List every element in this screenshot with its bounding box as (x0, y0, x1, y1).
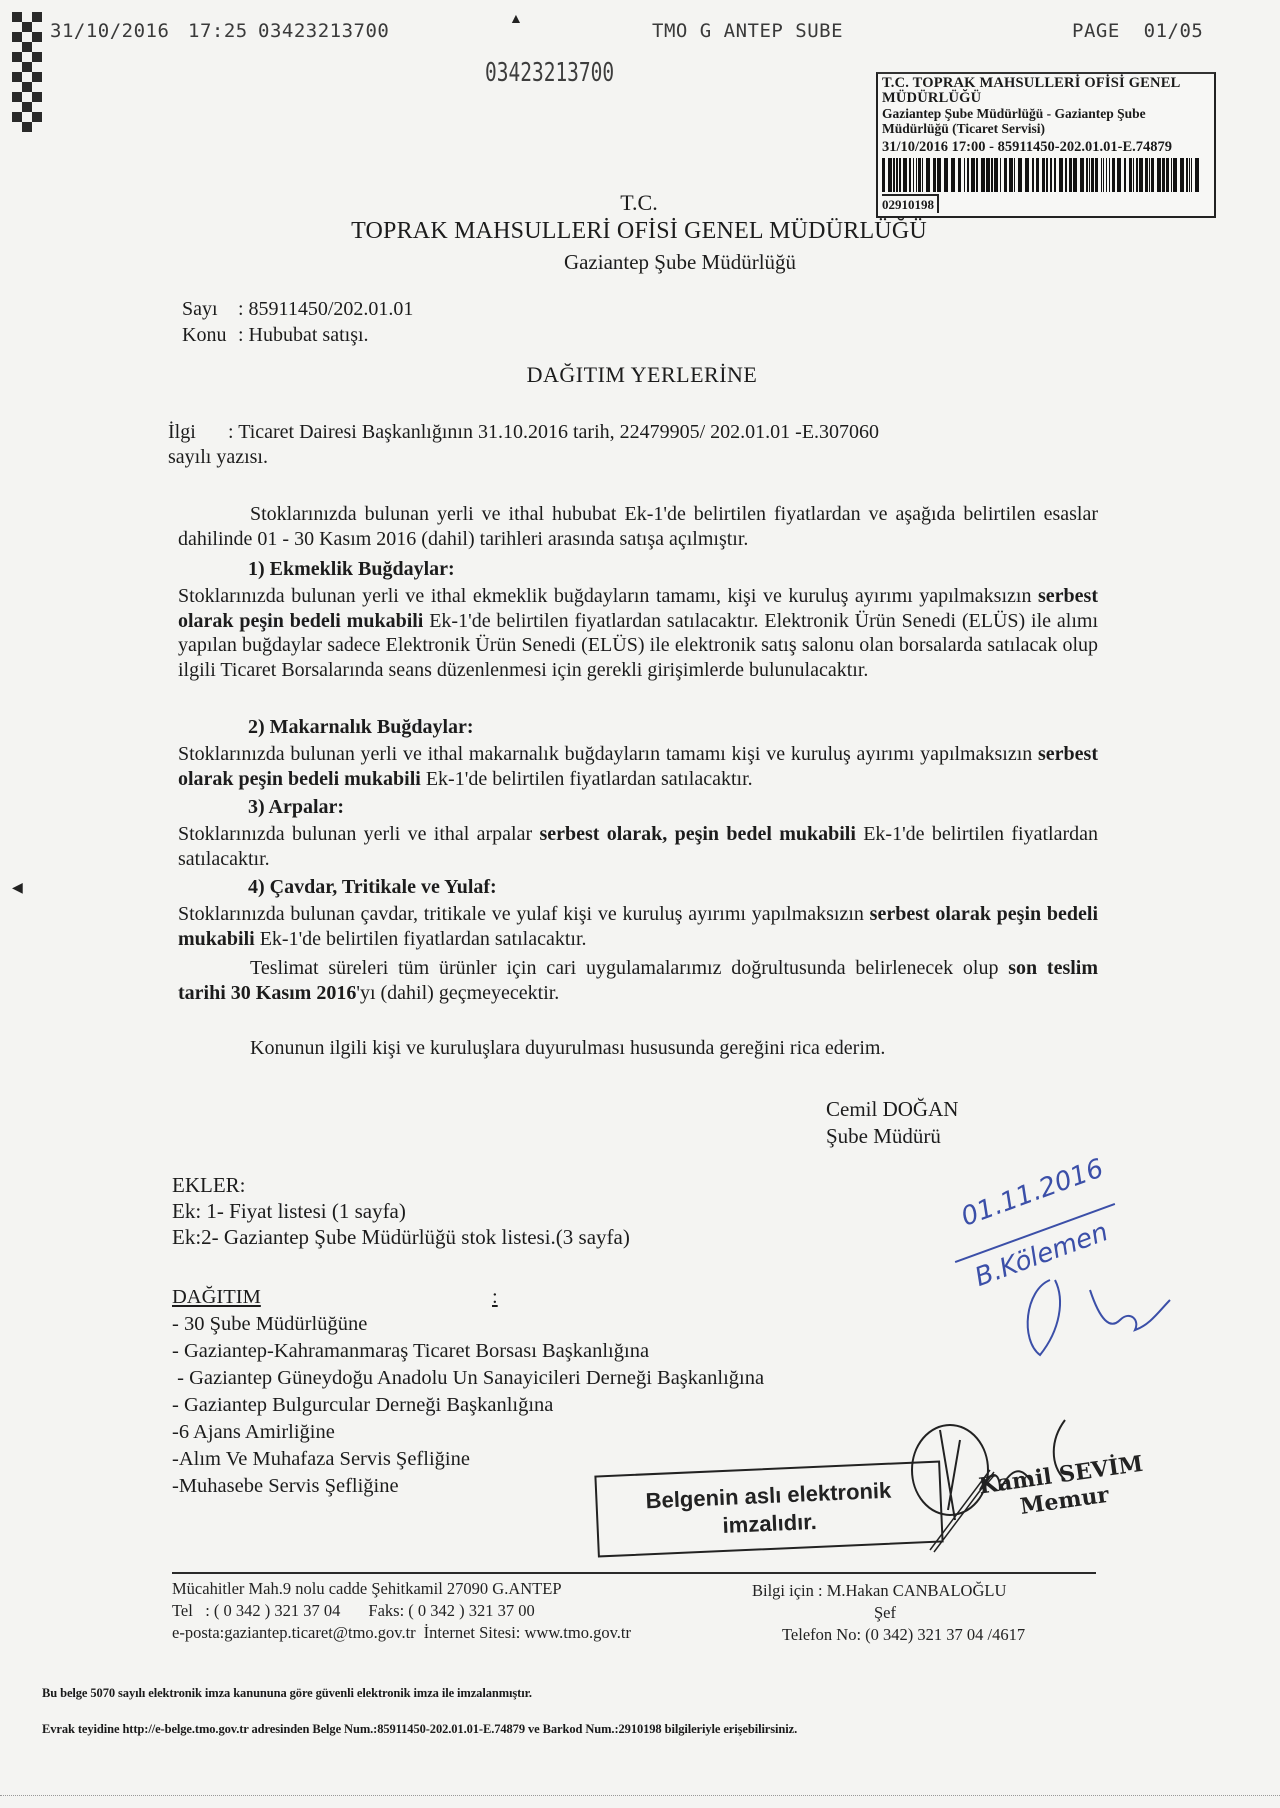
electronic-signature-stamp: Belgenin aslı elektronik imzalıdır. (594, 1460, 943, 1557)
esign-notice-line1: Bu belge 5070 sayılı elektronik imza kan… (42, 1686, 532, 1701)
footer-email[interactable]: e-posta:gaziantep.ticaret@tmo.gov.tr (172, 1623, 416, 1642)
section-3-pre: Stoklarınızda bulunan yerli ve ithal arp… (178, 823, 539, 845)
footer-info-phone: Telefon No: (0 342) 321 37 04 /4617 (752, 1624, 1025, 1646)
footer-contact: Mücahitler Mah.9 nolu cadde Şehitkamil 2… (172, 1578, 631, 1644)
section-4-pre: Stoklarınızda bulunan çavdar, tritikale … (178, 903, 870, 925)
handwritten-date: 01.11.2016 (957, 1153, 1107, 1232)
section-3-heading: 3) Arpalar: (248, 796, 344, 819)
ilgi-label: İlgi (168, 420, 228, 445)
distribution-item: - Gaziantep Bulgurcular Derneği Başkanlı… (172, 1392, 764, 1419)
konu-label: Konu (182, 324, 238, 347)
stamp-date-ref: 31/10/2016 17:00 - 85911450-202.01.01-E.… (882, 139, 1210, 155)
section-2-text: Stoklarınızda bulunan yerli ve ithal mak… (178, 742, 1098, 791)
fax-date: 31/10/2016 (50, 20, 169, 42)
stamp-unit-line2: Müdürlüğü (Ticaret Servisi) (882, 121, 1210, 136)
section-1-heading: 1) Ekmeklik Buğdaylar: (248, 558, 455, 581)
footer-info-title: Şef (752, 1602, 1025, 1624)
section-4-text: Stoklarınızda bulunan çavdar, tritikale … (178, 902, 1098, 951)
footer-tel: Tel : ( 0 342 ) 321 37 04 (172, 1601, 340, 1620)
section-1-pre: Stoklarınızda bulunan yerli ve ithal ekm… (178, 585, 1038, 607)
letterhead-organization: TOPRAK MAHSULLERİ OFİSİ GENEL MÜDÜRLÜĞÜ (0, 218, 1279, 245)
fax-number-large: 03423213700 (485, 58, 614, 88)
section-3-bold: serbest olarak, peşin bedel mukabili (539, 823, 855, 845)
distribution-item: -Alım Ve Muhafaza Servis Şefliğine (172, 1446, 764, 1473)
delivery-paragraph: Teslimat süreleri tüm ürünler için cari … (178, 956, 1098, 1005)
letterhead-unit: Gaziantep Şube Müdürlüğü (40, 250, 1280, 275)
triangle-left-icon: ◀ (12, 880, 23, 897)
signatory: Cemil DOĞAN Şube Müdürü (826, 1096, 958, 1150)
sayi-value: : 85911450/202.01.01 (238, 298, 413, 320)
stamp-org-line2: MÜDÜRLÜĞÜ (882, 91, 1210, 106)
barcode (882, 158, 1210, 192)
footer-info: Bilgi için : M.Hakan CANBALOĞLU Şef Tele… (752, 1580, 1025, 1646)
footer-divider (172, 1572, 1096, 1574)
ilgi-block: İlgi: Ticaret Dairesi Başkanlığının 31.1… (168, 420, 1088, 469)
signatory-name: Cemil DOĞAN (826, 1096, 958, 1123)
distribution-title: DAĞITIM (172, 1284, 492, 1311)
attachments-title: EKLER: (172, 1172, 630, 1198)
fax-time: 17:25 (188, 20, 248, 42)
addressee: DAĞITIM YERLERİNE (2, 362, 1280, 388)
page-bottom-edge (0, 1795, 1280, 1796)
signatory-title: Şube Müdürü (826, 1123, 958, 1150)
konu-value: : Hububat satışı. (238, 324, 369, 346)
fax-number: 03423213700 (258, 20, 389, 42)
sayi-label: Sayı (182, 298, 238, 321)
ilgi-text-line2: sayılı yazısı. (168, 445, 1088, 470)
delivery-pre: Teslimat süreleri tüm ürünler için cari … (250, 957, 1008, 979)
ilgi-text-line1: : Ticaret Dairesi Başkanlığının 31.10.20… (228, 421, 879, 443)
fax-sender: TMO G ANTEP SUBE (652, 20, 843, 42)
delivery-post: 'yı (dahil) geçmeyecektir. (356, 982, 559, 1004)
footer-website[interactable]: İnternet Sitesi: www.tmo.gov.tr (424, 1623, 631, 1642)
footer-address: Mücahitler Mah.9 nolu cadde Şehitkamil 2… (172, 1578, 631, 1600)
attachments: EKLER: Ek: 1- Fiyat listesi (1 sayfa) Ek… (172, 1172, 630, 1250)
fax-checker-marker (12, 12, 42, 132)
attachment-item: Ek: 1- Fiyat listesi (1 sayfa) (172, 1198, 630, 1224)
letterhead-tc: T.C. (0, 190, 1279, 216)
section-3-text: Stoklarınızda bulunan yerli ve ithal arp… (178, 822, 1098, 871)
footer-info-label: Bilgi için : M.Hakan CANBALOĞLU (752, 1580, 1025, 1602)
distribution-item: - Gaziantep-Kahramanmaraş Ticaret Borsas… (172, 1338, 764, 1365)
closing-paragraph: Konunun ilgili kişi ve kuruluşlara duyur… (178, 1036, 1098, 1061)
section-2-pre: Stoklarınızda bulunan yerli ve ithal mak… (178, 743, 1038, 765)
esign-notice-line2: Evrak teyidine http://e-belge.tmo.gov.tr… (42, 1722, 797, 1737)
section-2-heading: 2) Makarnalık Buğdaylar: (248, 716, 474, 739)
attachment-item: Ek:2- Gaziantep Şube Müdürlüğü stok list… (172, 1224, 630, 1250)
distribution: DAĞITIM: - 30 Şube Müdürlüğüne - Gaziant… (172, 1284, 764, 1500)
sayi-row: Sayı: 85911450/202.01.01 (182, 298, 413, 321)
stamp-org-line1: T.C. TOPRAK MAHSULLERİ OFİSİ GENEL (882, 76, 1210, 91)
intro-paragraph: Stoklarınızda bulunan yerli ve ithal hub… (178, 502, 1098, 551)
footer-fax: Faks: ( 0 342 ) 321 37 00 (368, 1601, 534, 1620)
section-4-post: Ek-1'de belirtilen fiyatlardan satılacak… (255, 928, 587, 950)
konu-row: Konu: Hububat satışı. (182, 324, 369, 347)
section-1-text: Stoklarınızda bulunan yerli ve ithal ekm… (178, 584, 1098, 682)
section-4-heading: 4) Çavdar, Tritikale ve Yulaf: (248, 876, 497, 899)
fax-page: PAGE 01/05 (1072, 20, 1203, 42)
distribution-item: -6 Ajans Amirliğine (172, 1419, 764, 1446)
distribution-colon: : (492, 1286, 498, 1308)
section-2-post: Ek-1'de belirtilen fiyatlardan satılacak… (421, 768, 753, 790)
triangle-up-icon: ▲ (509, 12, 523, 28)
stamp-unit-line1: Gaziantep Şube Müdürlüğü - Gaziantep Şub… (882, 106, 1210, 121)
handwritten-initials-signature (1020, 1270, 1180, 1360)
distribution-item: - 30 Şube Müdürlüğüne (172, 1311, 764, 1338)
distribution-item: - Gaziantep Güneydoğu Anadolu Un Sanayic… (172, 1365, 764, 1392)
